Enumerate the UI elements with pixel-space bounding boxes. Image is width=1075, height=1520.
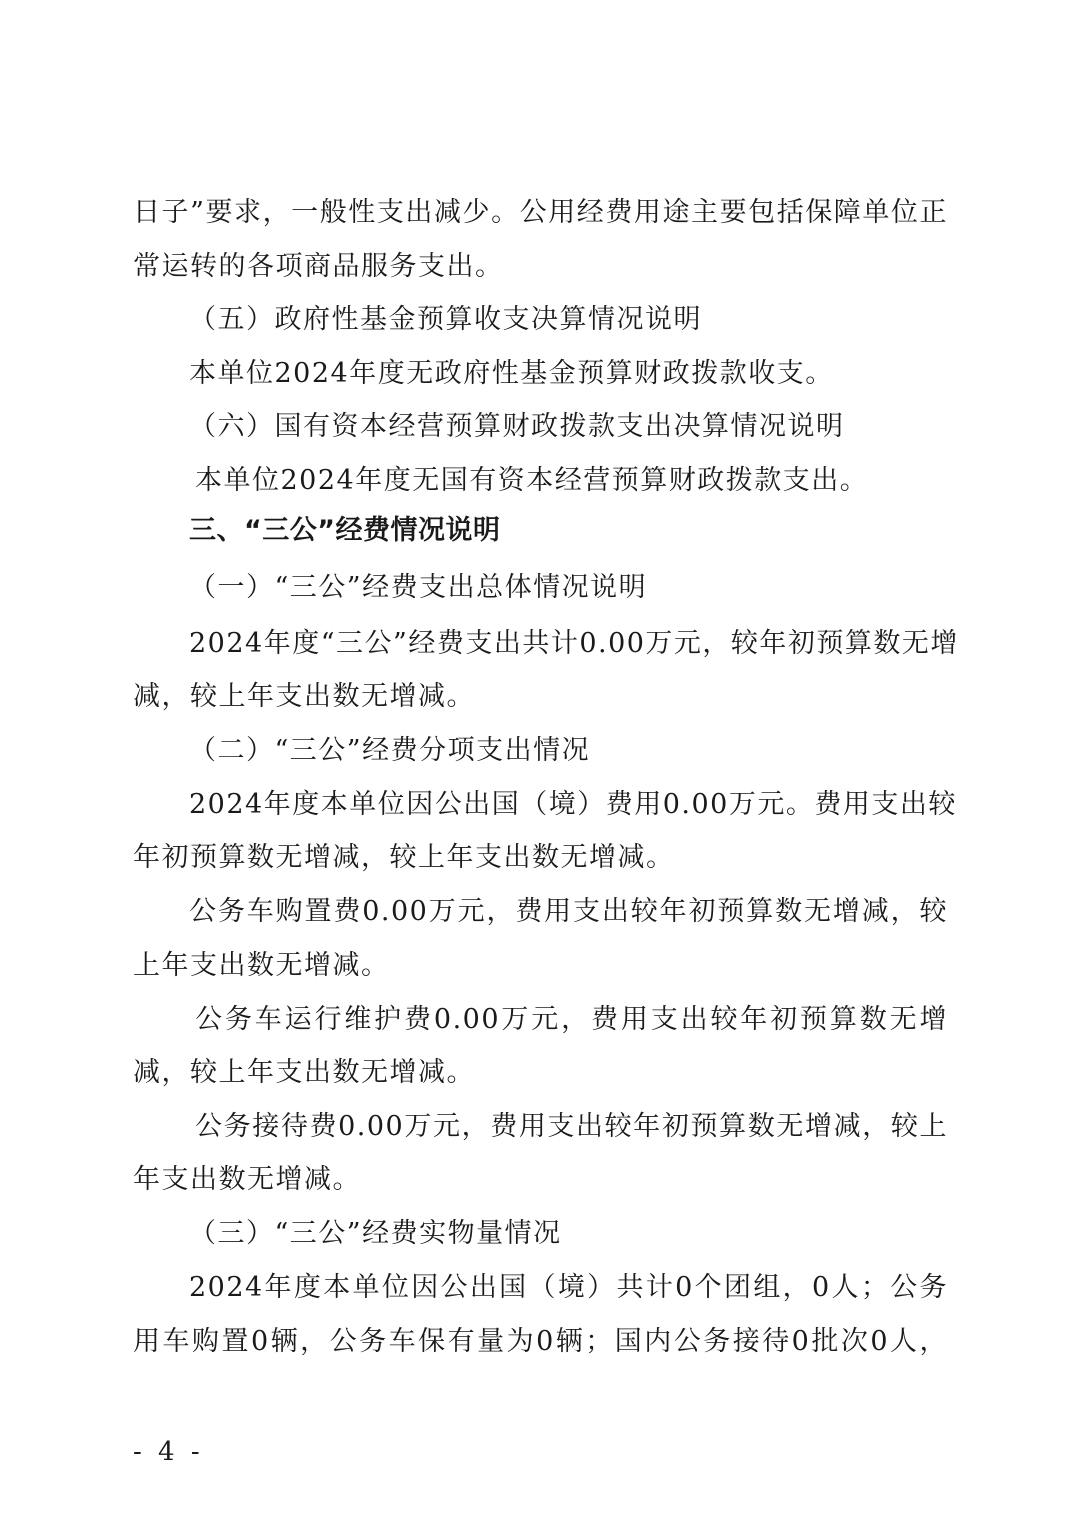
body-line-vehicle-maintenance-1: 公务车运行维护费0.00万元，费用支出较年初预算数无增	[195, 1003, 948, 1037]
subsection-heading-2: （二）“三公”经费分项支出情况	[189, 734, 590, 768]
section-heading-5: （五）政府性基金预算收支决算情况说明	[189, 303, 702, 337]
body-line-reception-1: 公务接待费0.00万元，费用支出较年初预算数无增减，较上	[195, 1110, 948, 1144]
body-line-state-capital: 本单位2024年度无国有资本经营预算财政拨款支出。	[195, 464, 868, 498]
section-heading-6: （六）国有资本经营预算财政拨款支出决算情况说明	[189, 410, 845, 444]
body-line-abroad-2: 年初预算数无增减，较上年支出数无增减。	[133, 841, 948, 875]
body-line-vehicle-purchase-2: 上年支出数无增减。	[133, 949, 948, 983]
body-line-physical-1: 2024年度本单位因公出国（境）共计0个团组，0人；公务	[189, 1271, 948, 1305]
body-line-total-1: 2024年度“三公”经费支出共计0.00万元，较年初预算数无增	[189, 627, 948, 661]
body-line-1: 日子”要求，一般性支出减少。公用经费用途主要包括保障单位正	[133, 196, 948, 230]
body-line-abroad-1: 2024年度本单位因公出国（境）费用0.00万元。费用支出较	[189, 788, 948, 822]
body-line-total-2: 减，较上年支出数无增减。	[133, 680, 948, 714]
body-line-gov-fund: 本单位2024年度无政府性基金预算财政拨款收支。	[189, 357, 834, 391]
body-line-reception-2: 年支出数无增减。	[133, 1163, 948, 1197]
subsection-heading-3: （三）“三公”经费实物量情况	[189, 1217, 562, 1251]
body-line-vehicle-maintenance-2: 减，较上年支出数无增减。	[133, 1056, 948, 1090]
body-line-physical-2: 用车购置0辆，公务车保有量为0辆；国内公务接待0批次0人，	[133, 1325, 948, 1359]
body-line-2: 常运转的各项商品服务支出。	[133, 250, 948, 284]
document-page: 日子”要求，一般性支出减少。公用经费用途主要包括保障单位正 常运转的各项商品服务…	[0, 0, 1075, 1520]
chapter-heading-three-public: 三、“三公”经费情况说明	[189, 514, 501, 548]
body-line-vehicle-purchase-1: 公务车购置费0.00万元，费用支出较年初预算数无增减，较	[189, 895, 948, 929]
subsection-heading-1: （一）“三公”经费支出总体情况说明	[189, 571, 647, 605]
page-number: - 4 -	[133, 1437, 204, 1467]
